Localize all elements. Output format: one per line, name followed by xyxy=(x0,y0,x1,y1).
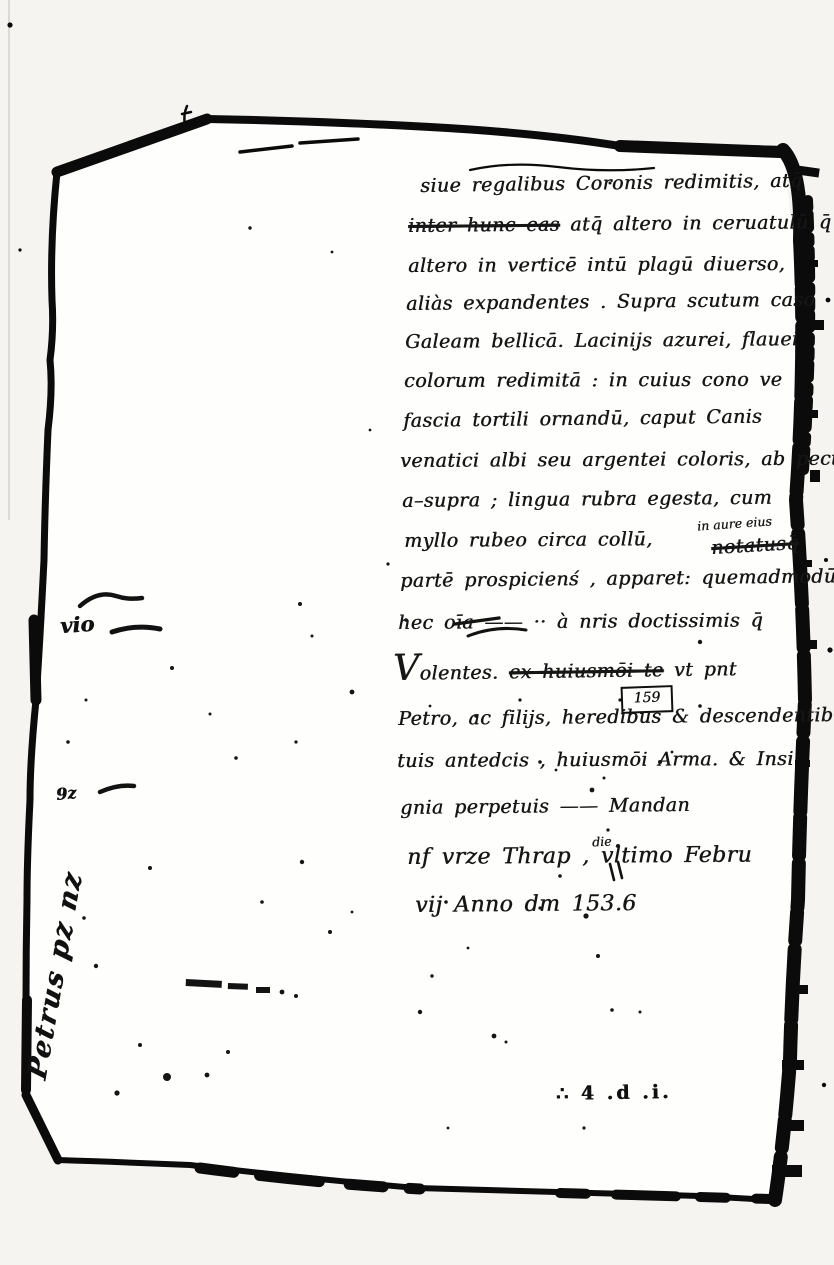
line-text: vt pnt xyxy=(663,658,737,681)
line-text: Volentes. xyxy=(393,661,509,685)
manuscript-line-5: Galeam bellicā. Lacinijs azurei, flauei xyxy=(405,328,798,353)
scanned-manuscript-screenshot: { "document": { "kind": "scanned handwri… xyxy=(0,0,834,1265)
line-text: atq̄ altero in ceruatulū q̄ xyxy=(560,211,832,235)
line-text: colorum redimitā : in cuius cono ve xyxy=(404,369,782,392)
margin-note-lower: 9z xyxy=(55,783,77,804)
manuscript-line-14: Petro, ac filijs, heredibus & descendent… xyxy=(398,704,834,730)
line-text: nf vrze Thrap , vltimo Febru xyxy=(407,843,752,870)
line-text: aliàs expandentes . Supra scutum caso xyxy=(406,289,815,315)
manuscript-line-12: hec oīa —— ·· à nris doctissimis q̄ xyxy=(398,609,763,634)
manuscript-line-4: aliàs expandentes . Supra scutum caso xyxy=(406,289,815,315)
scan-stage: siue regalibus Coronis redimitis, atq̄ i… xyxy=(0,0,834,1265)
line-text: altero in verticē intū plagū diuerso, xyxy=(408,253,785,277)
manuscript-line-10: myllo rubeo circa collū,notatusq̄ xyxy=(404,527,798,552)
interlinear-insertion-die: die xyxy=(592,834,612,850)
boxed-number: 159 xyxy=(621,685,674,714)
foliation-mark: ∴ 4 .d .i. xyxy=(556,1081,672,1105)
line-text: a–supra ; lingua rubra egesta, cum xyxy=(402,487,772,512)
line-text-struck: ex huiusmōi te xyxy=(509,659,664,683)
manuscript-line-2: inter hunc eas atq̄ altero in ceruatulū … xyxy=(408,211,832,237)
manuscript-line-6: colorum redimitā : in cuius cono ve xyxy=(404,369,782,392)
line-text: partē prospicienś , apparet: quemadmodū xyxy=(400,565,834,592)
manuscript-line-15: tuis antedcis , huiusmōi Arma. & Insi xyxy=(397,748,794,772)
manuscript-line-17: nf vrze Thrap , vltimo Febru xyxy=(407,843,752,870)
manuscript-line-9: a–supra ; lingua rubra egesta, cum xyxy=(402,487,772,512)
line-text: venatici albi seu argentei coloris, ab p… xyxy=(400,448,834,472)
manuscript-line-7: fascia tortili ornandū, caput Canis xyxy=(403,406,762,432)
margin-note-upper: vio xyxy=(59,611,95,638)
manuscript-line-11: partē prospicienś , apparet: quemadmodū xyxy=(400,565,834,592)
line-text: vij Anno dm 153.6 xyxy=(415,891,637,918)
line-text: tuis antedcis , huiusmōi Arma. & Insi xyxy=(397,748,794,772)
manuscript-line-18: vij Anno dm 153.6 xyxy=(415,891,637,918)
line-text: Galeam bellicā. Lacinijs azurei, flauei xyxy=(405,328,798,353)
line-text: Petro, ac filijs, heredibus & descendent… xyxy=(398,704,834,730)
line-text: myllo rubeo circa collū, xyxy=(404,528,653,552)
manuscript-line-16: gnia perpetuis —— Mandan xyxy=(400,794,690,819)
line-text-struck: inter hunc eas xyxy=(408,214,560,237)
manuscript-line-8: venatici albi seu argentei coloris, ab p… xyxy=(400,448,834,472)
line-text: hec oīa —— ·· à nris doctissimis q̄ xyxy=(398,609,763,634)
line-text: gnia perpetuis —— Mandan xyxy=(400,794,690,819)
manuscript-line-3: altero in verticē intū plagū diuerso, xyxy=(408,253,785,277)
line-text: fascia tortili ornandū, caput Canis xyxy=(403,406,762,432)
